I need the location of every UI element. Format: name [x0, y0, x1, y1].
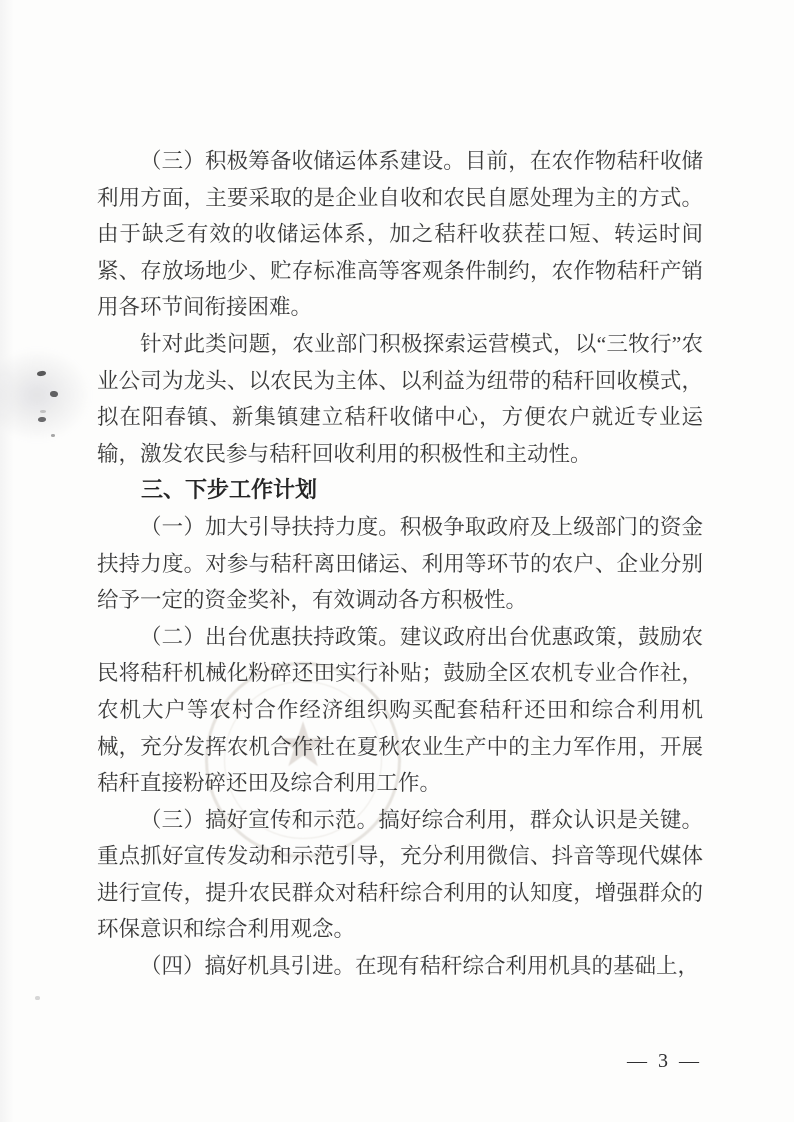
scan-speckle [40, 410, 46, 413]
paragraph-storage-system-construction: （三）积极筹备收储运体系建设。目前，在农作物秸秆收储利用方面，主要采取的是企业自… [97, 143, 703, 326]
paragraph-recycling-model: 针对此类问题，农业部门积极探索运营模式，以“三牧行”农业公司为龙头、以农民为主体… [97, 326, 703, 472]
document-page: ★ （三）积极筹备收储运体系建设。目前，在农作物秸秆收储利用方面，主要采取的是企… [0, 0, 794, 1122]
paragraph-publicity-demonstration: （三）搞好宣传和示范。搞好综合利用，群众认识是关键。重点抓好宣传发动和示范引导，… [97, 802, 703, 948]
paragraph-funding-support: （一）加大引导扶持力度。积极争取政府及上级部门的资金扶持力度。对参与秸秆离田储运… [97, 509, 703, 619]
scan-speckle [35, 996, 40, 1000]
scan-speckle [50, 391, 58, 398]
page-number: — 3 — [627, 1050, 702, 1073]
scanned-document-screenshot: { "page": { "colors": { "paper": "#fdfdf… [0, 0, 794, 1122]
section-heading-next-work-plan: 三、下步工作计划 [97, 472, 703, 509]
paragraph-equipment-introduction: （四）搞好机具引进。在现有秸秆综合利用机具的基础上， [97, 948, 703, 985]
document-body: （三）积极筹备收储运体系建设。目前，在农作物秸秆收储利用方面，主要采取的是企业自… [97, 143, 703, 985]
paragraph-preferential-policy: （二）出台优惠扶持政策。建议政府出台优惠政策，鼓励农民将秸秆机械化粉碎还田实行补… [97, 619, 703, 802]
scan-speckle [51, 434, 55, 437]
scan-edge-shading [0, 0, 14, 1122]
